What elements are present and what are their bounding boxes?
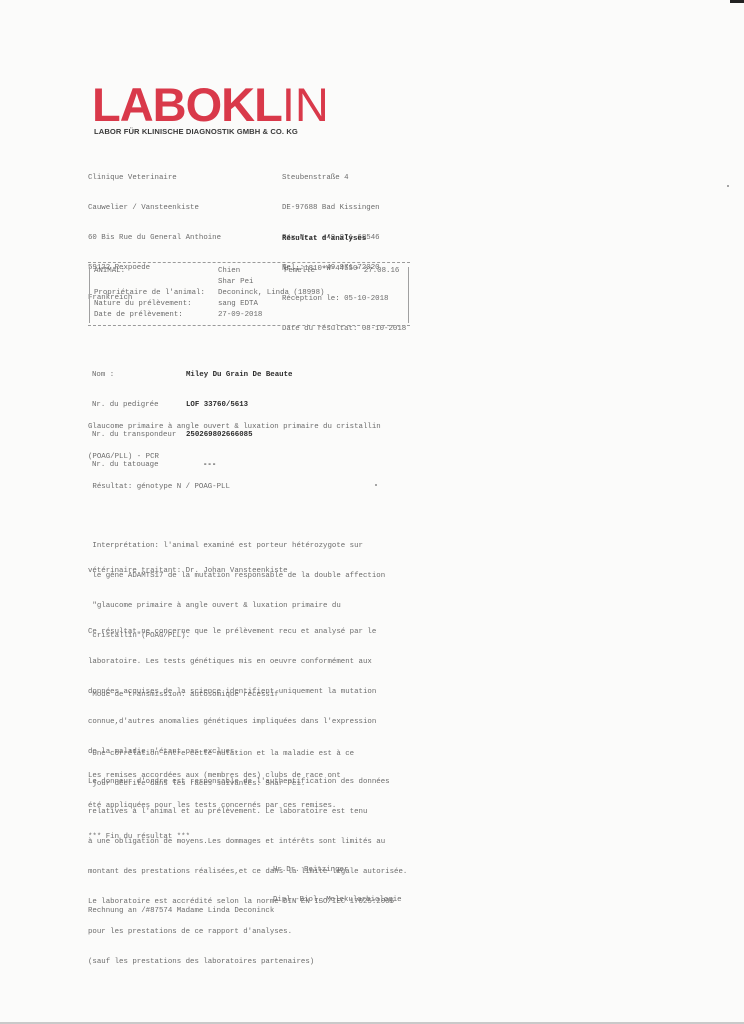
- dog-name: Miley Du Grain De Beaute: [186, 370, 292, 380]
- scan-speck: [375, 484, 377, 486]
- box-right-border: [408, 267, 409, 323]
- discount-notice: Les remises accordées aux (membres des) …: [88, 751, 341, 821]
- sample-type-value: sang EDTA: [218, 299, 258, 309]
- treating-vet: vétérinaire traitant: Dr. Johan Vansteen…: [88, 566, 288, 576]
- logo-bold-text: LABOKL: [92, 78, 282, 131]
- laboklin-logo: LABOKLIN: [92, 84, 329, 126]
- name-label: Nom :: [92, 370, 176, 380]
- animal-label: ANIMAL:: [94, 266, 125, 276]
- animal-breed: Shar Pei: [218, 277, 253, 287]
- recipient-line: Clinique Veterinaire: [88, 173, 221, 183]
- disclaimer-line: connue,d'autres anomalies génétiques imp…: [88, 717, 407, 727]
- sample-date-label: Date de prélèvement:: [94, 310, 183, 320]
- discount-line: été appliquées pour les tests concernés …: [88, 801, 341, 811]
- invoice-line: Rechnung an /#87574 Madame Linda Deconin…: [88, 906, 274, 916]
- box-left-border: [89, 267, 90, 323]
- end-of-result: *** Fin du résultat ***: [88, 832, 190, 842]
- signatory-name: Hr.Dr. Beitzinger: [273, 865, 402, 875]
- logo-subtitle: LABOR FÜR KLINISCHE DIAGNOSTIK GMBH & CO…: [94, 127, 298, 136]
- disclaimer-line: Ce résultat ne concerne que le prélèveme…: [88, 627, 407, 637]
- box-bottom-border: [88, 325, 410, 326]
- animal-species: Chien: [218, 266, 240, 276]
- owner-value: Deconinck, Linda (18998): [218, 288, 324, 298]
- signatory: Hr.Dr. Beitzinger Dipl.-Biol. Molekularb…: [273, 845, 402, 915]
- discount-line: Les remises accordées aux (membres des) …: [88, 771, 341, 781]
- result-title: Résultat d'analyses: [282, 234, 406, 244]
- box-top-border: [88, 262, 410, 263]
- animal-birthdate: * 27.08.16: [355, 266, 399, 276]
- lab-city: DE-97688 Bad Kissingen: [282, 203, 380, 213]
- disclaimer-line: pour les prestations de ce rapport d'ana…: [88, 927, 407, 937]
- signatory-title: Dipl.-Biol. Molekularbiologie: [273, 895, 402, 905]
- sample-type-label: Nature du prélèvement:: [94, 299, 192, 309]
- logo-thin-text: IN: [282, 78, 329, 131]
- scan-speck: [727, 185, 729, 187]
- scan-edge-mark: [730, 0, 744, 3]
- recipient-line: 60 Bis Rue du General Anthoine: [88, 233, 221, 243]
- disclaimer-line: (sauf les prestations des laboratoires p…: [88, 957, 407, 967]
- sample-date-value: 27-09-2018: [218, 310, 262, 320]
- owner-label: Propriétaire de l'animal:: [94, 288, 205, 298]
- animal-info-box: ANIMAL: Chien Femelle * 27.08.16 Shar Pe…: [88, 259, 410, 329]
- interpretation-line: Interprétation: l'animal examiné est por…: [88, 541, 385, 551]
- disclaimer-line: données acquises de la science identifie…: [88, 687, 407, 697]
- test-title-line: Glaucome primaire à angle ouvert & luxat…: [88, 422, 385, 432]
- recipient-line: Cauwelier / Vansteenkiste: [88, 203, 221, 213]
- test-title-line: (POAG/PLL) - PCR: [88, 452, 385, 462]
- disclaimer-line: laboratoire. Les tests génétiques mis en…: [88, 657, 407, 667]
- test-result: Résultat: génotype N / POAG-PLL: [88, 482, 385, 492]
- lab-street: Steubenstraße 4: [282, 173, 380, 183]
- animal-sex: Femelle: [284, 266, 315, 276]
